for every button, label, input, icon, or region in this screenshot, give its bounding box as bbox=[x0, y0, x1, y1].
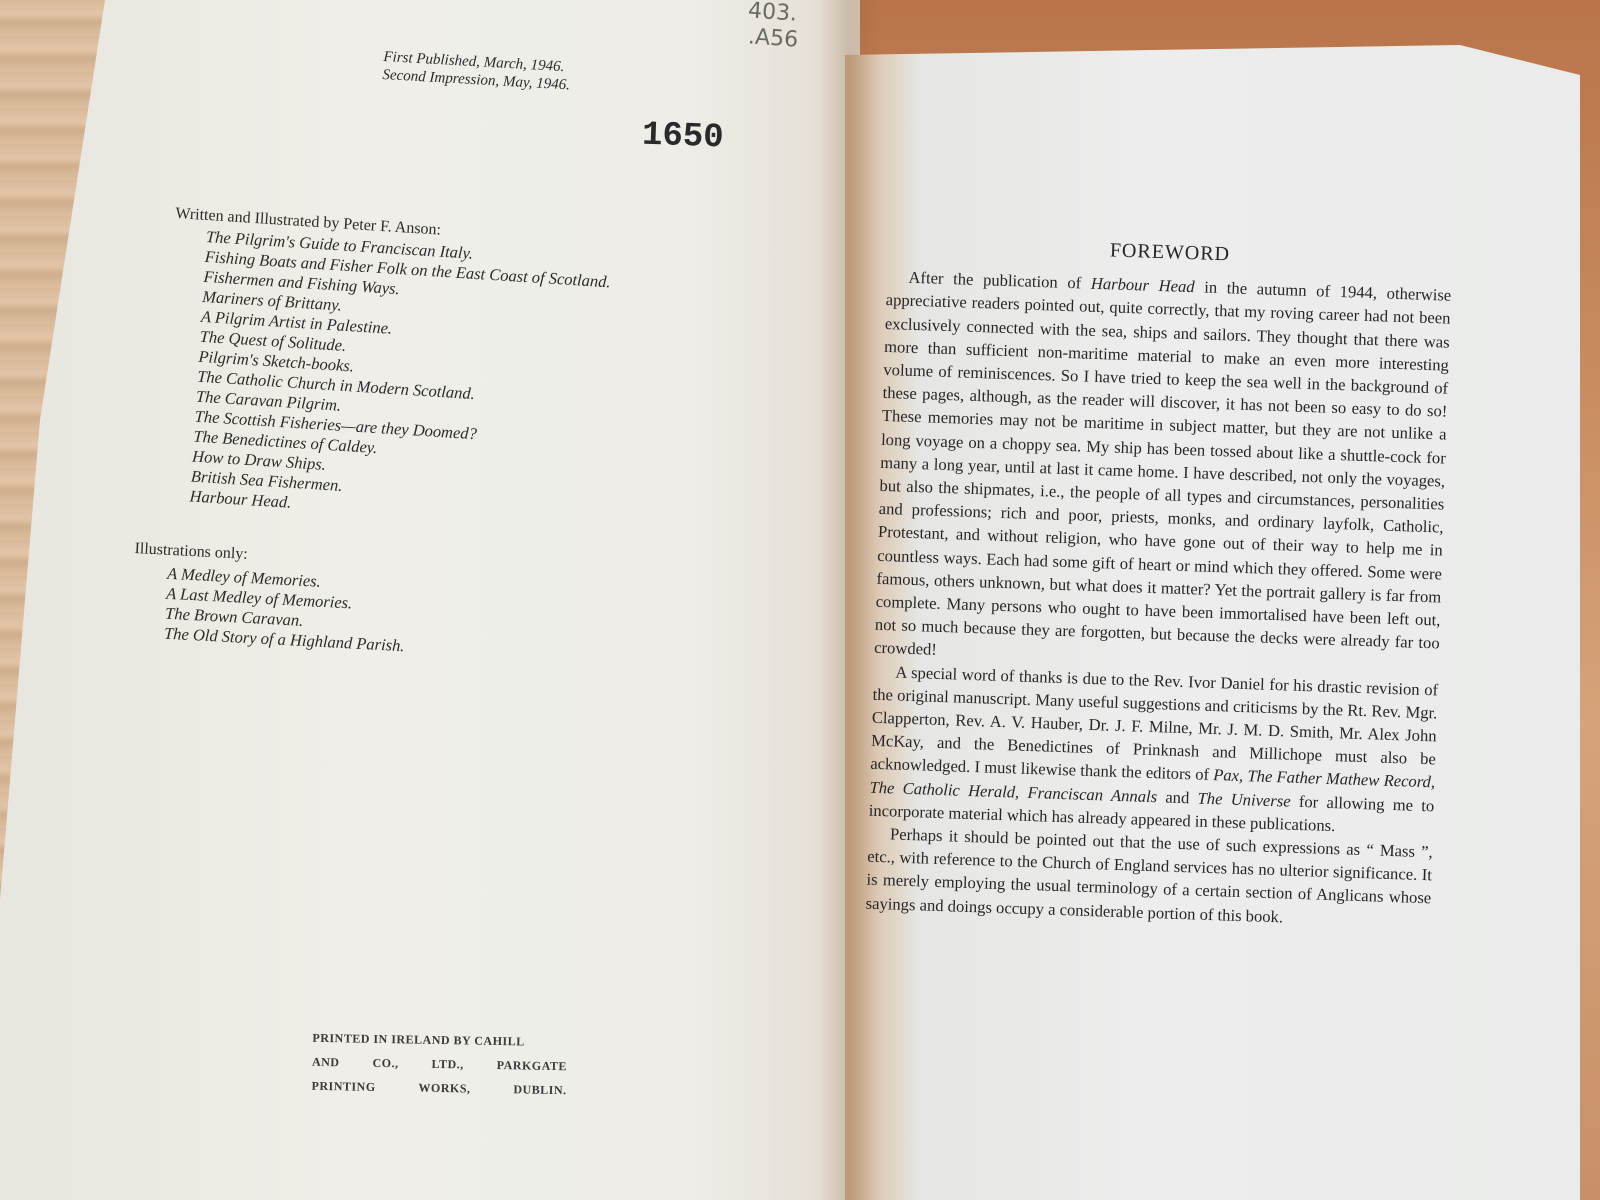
foreword-paragraph-1: After the publication of Harbour Head in… bbox=[874, 265, 1452, 678]
foreword-section: FOREWORD After the publication of Harbou… bbox=[865, 232, 1452, 933]
works-list: The Pilgrim's Guide to Franciscan Italy.… bbox=[157, 225, 612, 532]
text: and bbox=[1157, 787, 1198, 807]
stock-number-stamp: 1650 bbox=[641, 117, 724, 158]
imprint-word: LTD., bbox=[431, 1052, 463, 1077]
text: A special word of thanks is due to the R… bbox=[870, 662, 1438, 784]
book-gutter bbox=[820, 0, 880, 1200]
works-by-author: Written and Illustrated by Peter F. Anso… bbox=[157, 205, 614, 532]
imprint-word: DUBLIN. bbox=[513, 1077, 567, 1102]
imprint-word: PARKGATE bbox=[497, 1053, 568, 1078]
imprint-word: PRINTING bbox=[311, 1074, 375, 1099]
book-title-harbour-head: Harbour Head bbox=[1091, 274, 1195, 296]
text: After the publication of bbox=[908, 268, 1091, 293]
imprint-word: AND bbox=[312, 1050, 340, 1074]
illustrations-list: A Medley of Memories. A Last Medley of M… bbox=[130, 562, 408, 656]
handwritten-shelfmark: 403. .A56 bbox=[748, 0, 798, 52]
imprint-word: WORKS, bbox=[418, 1076, 470, 1101]
text: in the autumn of 1944, otherwise appreci… bbox=[874, 277, 1452, 659]
shelfmark-line: .A56 bbox=[747, 24, 799, 53]
left-page bbox=[0, 0, 860, 1200]
foreword-paragraph-2: A special word of thanks is due to the R… bbox=[868, 659, 1438, 840]
imprint-line: PRINTED IN IRELAND BY CAHILL bbox=[312, 1026, 567, 1054]
illustrations-only: Illustrations only: A Medley of Memories… bbox=[130, 540, 410, 656]
imprint-word: CO., bbox=[372, 1051, 398, 1075]
publication-title-universe: The Universe bbox=[1197, 788, 1291, 810]
imprint-line: PRINTING WORKS, DUBLIN. bbox=[311, 1074, 566, 1102]
foreword-paragraph-3: Perhaps it should be pointed out that th… bbox=[865, 822, 1433, 933]
imprint-text: PRINTED IN IRELAND BY CAHILL bbox=[312, 1026, 525, 1054]
shelfmark-line: 403. bbox=[747, 0, 799, 28]
printer-imprint: PRINTED IN IRELAND BY CAHILL AND CO., LT… bbox=[311, 1026, 567, 1102]
